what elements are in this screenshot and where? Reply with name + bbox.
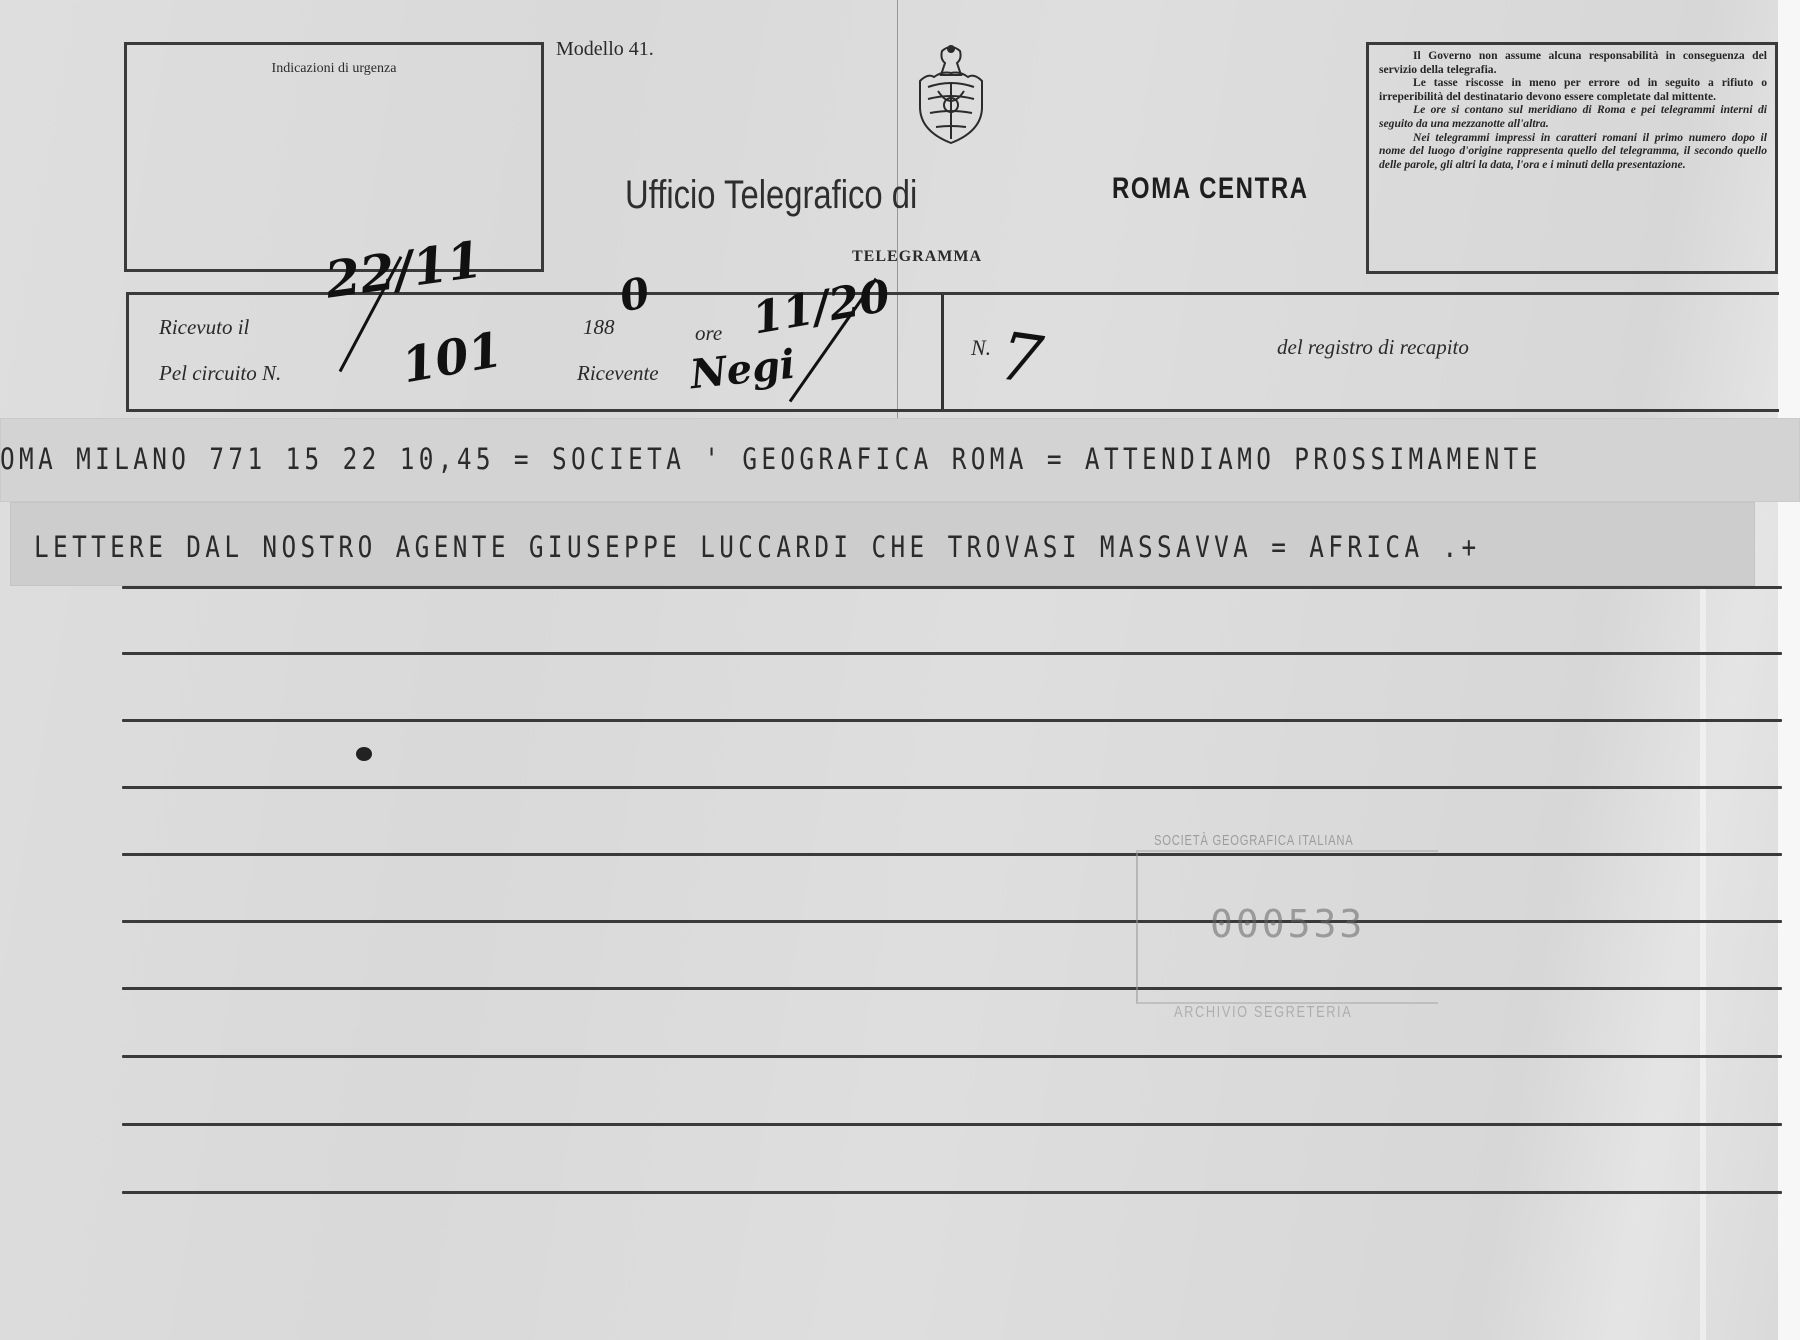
- archive-stamp-header: SOCIETÀ GEOGRAFICA ITALIANA: [1154, 832, 1353, 849]
- crease: [1700, 560, 1706, 1340]
- ruled-line: [122, 719, 1782, 722]
- ruled-line: [122, 1123, 1782, 1126]
- telegram-paper: Indicazioni di urgenza Modello 41. Uffic…: [0, 0, 1778, 1340]
- office-stamp: ROMA CENTRA: [1112, 172, 1309, 206]
- notice-paragraph: Le tasse riscosse in meno per errore od …: [1379, 76, 1767, 103]
- message-tape-line-2: LETTERE DAL NOSTRO AGENTE GIUSEPPE LUCCA…: [10, 502, 1755, 586]
- register-label: del registro di recapito: [1277, 335, 1469, 360]
- number-label: N.: [971, 335, 991, 361]
- ruled-line: [122, 586, 1782, 589]
- notice-paragraph: Le ore si contano sul meridiano di Roma …: [1379, 103, 1767, 130]
- urgency-box: Indicazioni di urgenza: [124, 42, 544, 272]
- coat-of-arms-icon: [912, 43, 990, 147]
- ruled-line: [122, 652, 1782, 655]
- urgency-label: Indicazioni di urgenza: [127, 61, 541, 77]
- message-text: OMA MILANO 771 15 22 10,45 = SOCIETA ' G…: [0, 442, 1542, 476]
- notice-paragraph: Il Governo non assume alcuna responsabil…: [1379, 49, 1767, 76]
- notice-paragraph: Nei telegrammi impressi in caratteri rom…: [1379, 131, 1767, 172]
- archive-stamp-number: 000533: [1210, 902, 1365, 946]
- archive-stamp-footer: ARCHIVIO SEGRETERIA: [1174, 1004, 1352, 1022]
- office-title: Ufficio Telegrafico di: [625, 173, 917, 218]
- circuit-label: Pel circuito N.: [159, 361, 281, 386]
- document-type-label: TELEGRAMMA: [852, 248, 982, 266]
- received-label: Ricevuto il: [159, 315, 249, 340]
- ruled-line: [122, 1055, 1782, 1058]
- ruled-line: [122, 853, 1782, 856]
- receipt-divider: [941, 295, 944, 409]
- receiver-label: Ricevente: [577, 361, 659, 386]
- ruled-line: [122, 1191, 1782, 1194]
- notice-box: Il Governo non assume alcuna responsabil…: [1366, 42, 1778, 274]
- ruled-line: [122, 786, 1782, 789]
- archive-stamp: SOCIETÀ GEOGRAFICA ITALIANA 000533 ARCHI…: [1136, 826, 1436, 1026]
- message-tape-line-1: OMA MILANO 771 15 22 10,45 = SOCIETA ' G…: [0, 418, 1800, 502]
- notice-text: Il Governo non assume alcuna responsabil…: [1379, 49, 1767, 171]
- ruled-line: [122, 920, 1782, 923]
- form-model-number: Modello 41.: [556, 38, 654, 61]
- ruled-line: [122, 987, 1782, 990]
- message-text: LETTERE DAL NOSTRO AGENTE GIUSEPPE LUCCA…: [34, 530, 1481, 564]
- ink-blot: [356, 747, 372, 761]
- hour-label: ore: [695, 321, 722, 346]
- year-prefix-label: 188: [583, 315, 615, 340]
